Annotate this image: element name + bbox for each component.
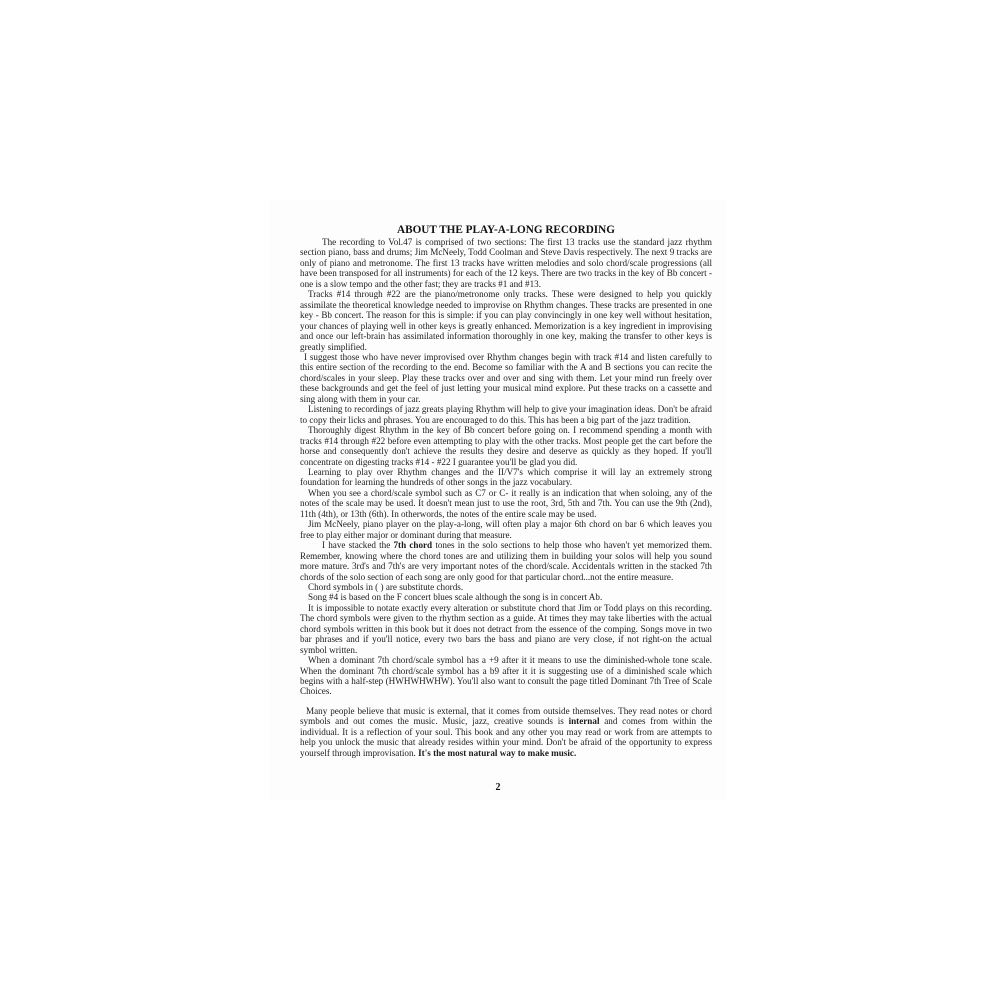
stacked-pre: I have stacked the	[322, 540, 393, 550]
paragraph-suggestion: I suggest those who have never improvise…	[300, 352, 712, 404]
paragraph-learning: Learning to play over Rhythm changes and…	[300, 467, 712, 488]
page-title: ABOUT THE PLAY-A-LONG RECORDING	[300, 224, 712, 236]
paragraph-recording-sections: The recording to Vol.47 is comprised of …	[300, 237, 712, 289]
paragraph-dominant-7th: When a dominant 7th chord/scale symbol h…	[300, 655, 712, 697]
page-number: 2	[270, 782, 726, 793]
paragraph-song-4: Song #4 is based on the F concert blues …	[300, 592, 712, 602]
paragraph-chord-scale: When you see a chord/scale symbol such a…	[300, 488, 712, 519]
closing-bold-final: It's the most natural way to make music.	[418, 748, 576, 758]
stacked-bold: 7th chord	[393, 540, 432, 550]
closing-bold-internal: internal	[569, 716, 600, 726]
paragraph-closing: Many people believe that music is extern…	[300, 706, 712, 758]
page-content: ABOUT THE PLAY-A-LONG RECORDING The reco…	[300, 224, 712, 758]
paragraph-stacked-chords: I have stacked the 7th chord tones in th…	[300, 540, 712, 582]
paragraph-impossible: It is impossible to notate exactly every…	[300, 603, 712, 655]
paragraph-digest: Thoroughly digest Rhythm in the key of B…	[300, 425, 712, 467]
paragraph-substitute-chords: Chord symbols in ( ) are substitute chor…	[300, 582, 712, 592]
paragraph-mcneely: Jim McNeely, piano player on the play-a-…	[300, 519, 712, 540]
paragraph-listening: Listening to recordings of jazz greats p…	[300, 404, 712, 425]
paragraph-tracks-14-22: Tracks #14 through #22 are the piano/met…	[300, 289, 712, 352]
document-page: ABOUT THE PLAY-A-LONG RECORDING The reco…	[270, 200, 726, 800]
